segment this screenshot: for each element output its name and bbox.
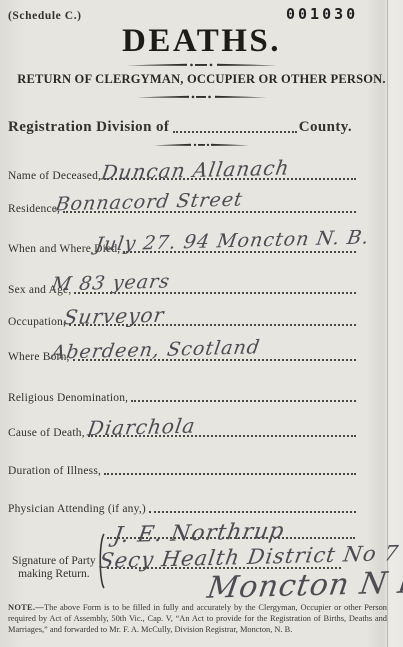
field-row-religious-denomination: Religious Denomination,	[8, 392, 356, 404]
divider-ornament	[0, 141, 403, 159]
signature-of-party-label: Signature of Party making Return.	[12, 555, 96, 581]
county-label: County.	[299, 119, 352, 136]
handwritten-cause-of-death: Diarchola	[86, 414, 197, 441]
divider-ornament	[0, 93, 403, 111]
handwritten-sex-and-age: M 83 years	[50, 270, 172, 295]
field-row-duration-of-illness: Duration of Illness,	[8, 465, 356, 477]
footnote-body: The above Form is to be filled in fully …	[8, 603, 387, 634]
handwritten-occupation: Surveyor	[62, 303, 166, 330]
field-row-physician-attending: Physician Attending (if any,)	[8, 503, 356, 515]
field-label: Duration of Illness,	[8, 465, 101, 477]
serial-number-stamp: 001030	[286, 5, 358, 23]
field-label: Occupation,	[8, 316, 66, 328]
form-title: DEATHS.	[0, 23, 403, 60]
footnote-prefix: NOTE.—	[8, 603, 44, 612]
form-subtitle: RETURN OF CLERGYMAN, OCCUPIER OR OTHER P…	[0, 72, 403, 87]
dotted-line	[173, 131, 296, 133]
field-label: Residence,	[8, 203, 60, 215]
field-label: Physician Attending (if any,)	[8, 503, 146, 515]
dotted-line	[131, 400, 356, 402]
dotted-line	[149, 511, 356, 513]
schedule-label: (Schedule C.)	[8, 10, 82, 22]
field-row-occupation: Occupation,	[8, 316, 356, 328]
field-label: Cause of Death,	[8, 427, 85, 439]
field-label: Name of Deceased,	[8, 170, 101, 182]
dotted-line	[104, 473, 356, 475]
footnote: NOTE.—The above Form is to be filled in …	[8, 603, 387, 636]
registration-division-line: Registration Division of County.	[8, 119, 352, 136]
field-label: Religious Denomination,	[8, 392, 128, 404]
death-return-form: (Schedule C.) 001030 DEATHS. RETURN OF C…	[0, 0, 403, 647]
handwritten-signature-place: Moncton N B	[205, 565, 403, 606]
handwritten-name-of-deceased: Duncan Allanach	[100, 156, 292, 185]
registration-division-label: Registration Division of	[8, 119, 169, 136]
